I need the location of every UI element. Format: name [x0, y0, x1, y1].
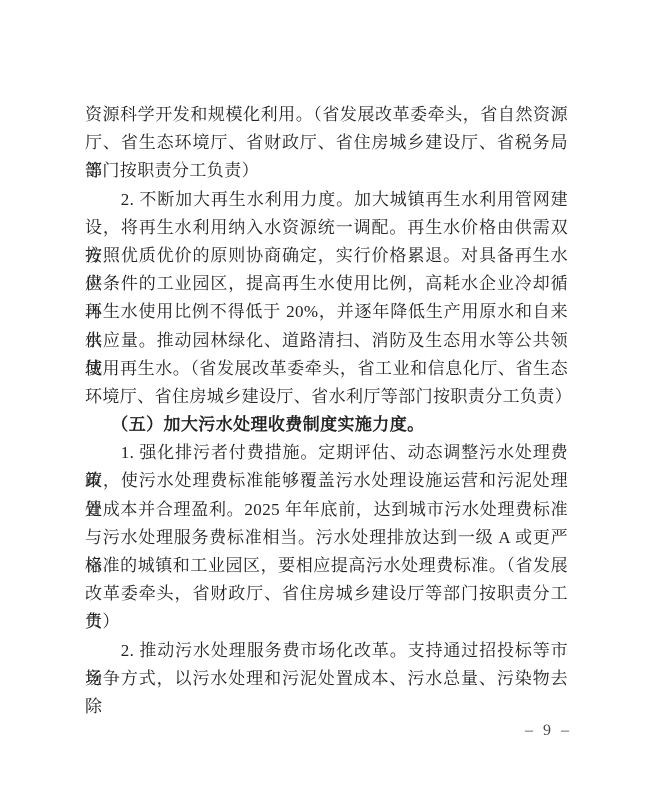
text-line: 应条件的工业园区，提高再生水使用比例，高耗水企业冷却循环: [85, 270, 568, 298]
text-line: 厅、省生态环境厅、省财政厅、省住房城乡建设厅、省税务局等: [85, 129, 568, 157]
text-line: 2. 不断加大再生水利用力度。加大城镇再生水利用管网建: [85, 186, 568, 214]
text-line: 部门按职责分工负责）: [85, 157, 568, 185]
text-line: 环境厅、省住房城乡建设厅、省水利厅等部门按职责分工负责）: [85, 383, 568, 411]
text-line: 资源科学开发和规模化利用。（省发展改革委牵头，省自然资源: [85, 101, 568, 129]
section-heading: （五）加大污水处理收费制度实施力度。: [85, 411, 568, 439]
text-line: 责）: [85, 608, 568, 636]
text-line: 竞争方式，以污水处理和污泥处置成本、污水总量、污染物去除: [85, 665, 568, 693]
text-line: 改革委牵头，省财政厅、省住房城乡建设厅等部门按职责分工负: [85, 580, 568, 608]
page-number: – 9 –: [525, 720, 570, 742]
text-line: 1. 强化排污者付费措施。定期评估、动态调整污水处理费政: [85, 439, 568, 467]
text-line: 再生水使用比例不得低于 20%，并逐年降低生产用原水和自来水: [85, 298, 568, 326]
document-text: 资源科学开发和规模化利用。（省发展改革委牵头，省自然资源 厅、省生态环境厅、省财…: [85, 101, 568, 693]
document-page: 资源科学开发和规模化利用。（省发展改革委牵头，省自然资源 厅、省生态环境厅、省财…: [0, 0, 650, 800]
text-line: 使用再生水。（省发展改革委牵头，省工业和信息化厅、省生态: [85, 355, 568, 383]
text-line: 设，将再生水利用纳入水资源统一调配。再生水价格由供需双方: [85, 214, 568, 242]
text-line: 置成本并合理盈利。2025 年年底前，达到城市污水处理费标准: [85, 496, 568, 524]
text-line: 按照优质优价的原则协商确定，实行价格累退。对具备再生水供: [85, 242, 568, 270]
text-line: 策，使污水处理费标准能够覆盖污水处理设施运营和污泥处理处: [85, 467, 568, 495]
text-line: 与污水处理服务费标准相当。污水处理排放达到一级 A 或更严格: [85, 524, 568, 552]
text-line: 供应量。推动园林绿化、道路清扫、消防及生态用水等公共领域: [85, 327, 568, 355]
text-line: 2. 推动污水处理服务费市场化改革。支持通过招投标等市场: [85, 637, 568, 665]
text-line: 标准的城镇和工业园区，要相应提高污水处理费标准。（省发展: [85, 552, 568, 580]
